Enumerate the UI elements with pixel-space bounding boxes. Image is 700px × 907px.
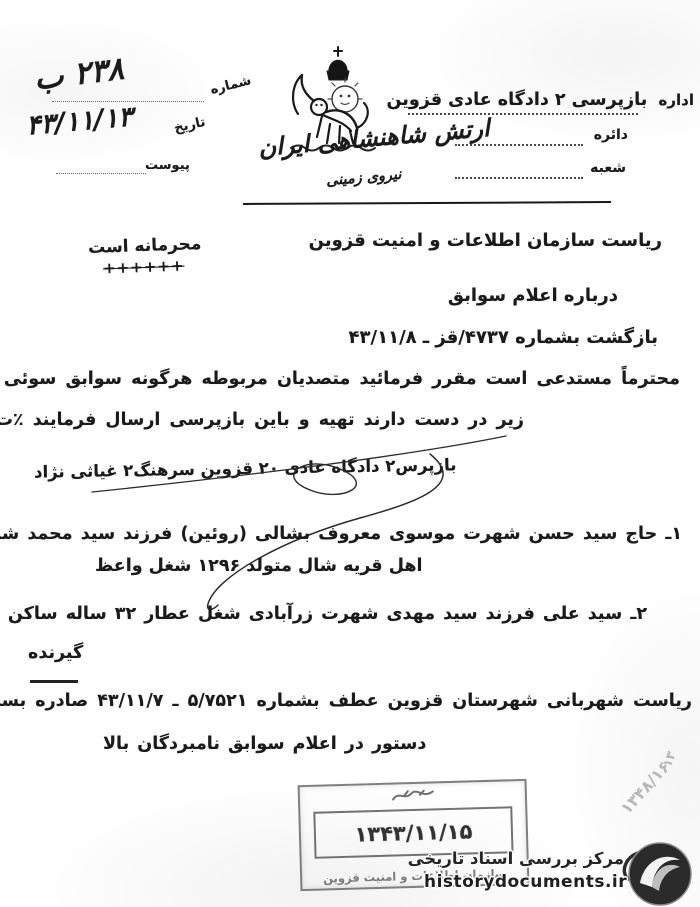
daereh-label: دائره xyxy=(594,127,628,143)
watermark-url: historydocuments.ir xyxy=(424,872,624,892)
classification-label: محرمانه است xyxy=(88,234,202,258)
watermark-title: مرکز بررسی اسناد تاریخی xyxy=(424,849,624,868)
body-line-1: محترماً مستدعی است مقرر فرمائید متصدیان … xyxy=(0,369,680,389)
number-handwritten-value: ۲۳۸ ب xyxy=(32,51,126,98)
stamp-emblem-icon xyxy=(389,786,435,804)
addressee-line: ریاست سازمان اطلاعات و امنیت قزوین xyxy=(309,230,662,251)
header-divider-line xyxy=(243,201,611,205)
office-dotted-line xyxy=(408,113,638,115)
office-row: اداره بازپرسی ۲ دادگاه عادی قزوین xyxy=(387,90,695,110)
person-2-line: ۲ـ سید علی فرزند سید مهدی شهرت زرآبادی ش… xyxy=(0,604,647,624)
number-label: شماره xyxy=(209,73,253,98)
cc-line-2: دستور در اعلام سوابق نامبردگان بالا xyxy=(103,734,426,754)
date-handwritten-value: ۴۳/۱۱/۱۳ xyxy=(25,101,134,141)
attachment-label: پیوست xyxy=(145,158,190,173)
person-1-line-2: اهل قریه شال متولد ۱۲۹۶ شغل واعظ xyxy=(95,556,422,576)
scanned-letter-page: اداره بازپرسی ۲ دادگاه عادی قزوین دائره … xyxy=(0,0,700,907)
attachment-dotted-line xyxy=(56,173,146,174)
recipient-underline xyxy=(30,680,78,683)
person-1-line-1: ۱ـ حاج سید حسن شهرت موسوی معروف بشالی (ر… xyxy=(0,524,682,544)
recipient-label: گیرنده xyxy=(28,643,83,663)
reference-line: بازگشت بشماره ۴۷۳۷/قز ـ ۴۳/۱۱/۸ xyxy=(349,327,658,348)
pencil-note-main: ۱۳۴۸/۱۶ xyxy=(617,757,674,818)
handwritten-signature-scribble xyxy=(78,424,523,614)
classification-marks: ++++++ xyxy=(103,257,185,278)
branch-dotted-line xyxy=(455,177,583,179)
subject-line: درباره اعلام سوابق xyxy=(448,285,618,306)
office-label: اداره xyxy=(659,91,694,109)
office-value: بازپرسی ۲ دادگاه عادی قزوین xyxy=(387,90,648,110)
watermark-book-logo-icon xyxy=(620,841,694,907)
daereh-dotted-line xyxy=(455,144,583,146)
cc-line-1: ریاست شهربانی شهرستان قزوین عطف بشماره ۵… xyxy=(0,691,692,711)
date-label: تاریخ xyxy=(173,115,207,136)
stamp-date: ۱۳۴۳/۱۱/۱۵ xyxy=(354,819,473,846)
branch-label: شعبه xyxy=(590,160,626,176)
